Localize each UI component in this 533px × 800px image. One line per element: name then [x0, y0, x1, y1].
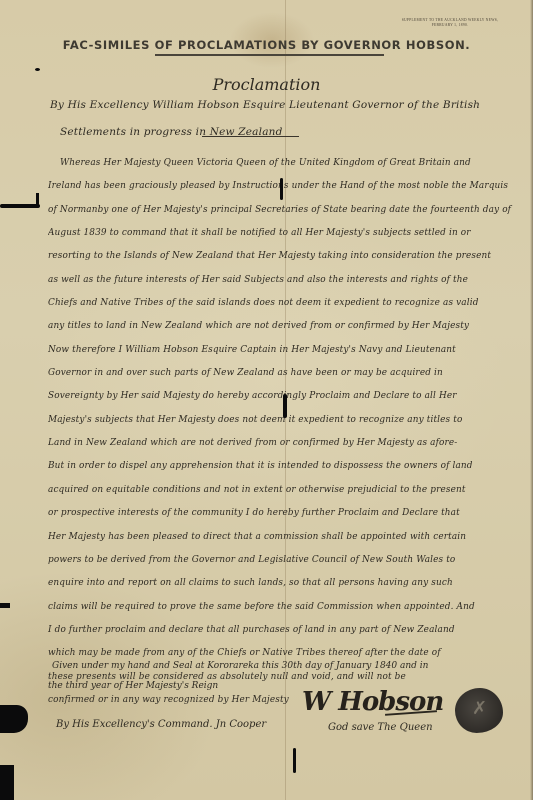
paper-tear-left-3	[0, 705, 28, 733]
body-line: Whereas Her Majesty Queen Victoria Queen…	[48, 152, 513, 175]
given-under-hand-line: Given under my hand and Seal at Kororare…	[52, 661, 428, 671]
body-line: powers to be derived from the Governor a…	[48, 549, 513, 572]
paper-tear-bottom-center	[293, 748, 296, 773]
supplement-note: Supplement to the Auckland Weekly News, …	[380, 18, 520, 28]
intro-line-1: By His Excellency William Hobson Esquire…	[50, 92, 500, 119]
command-line: By His Excellency's Command. Jn Cooper	[56, 719, 266, 730]
seal-mark: ✗	[472, 698, 487, 719]
reign-year-line: the third year of Her Majesty's Reign	[48, 681, 218, 691]
ink-spot	[35, 68, 40, 71]
intro-underline	[202, 136, 299, 137]
body-line: August 1839 to command that it shall be …	[48, 222, 513, 245]
body-line: But in order to dispel any apprehension …	[48, 455, 513, 478]
paper-tear-left-1	[0, 204, 40, 208]
paper-tear-center-1	[280, 178, 283, 200]
body-line: I do further proclaim and declare that a…	[48, 619, 513, 642]
body-line: Governor in and over such parts of New Z…	[48, 362, 513, 385]
body-line: Land in New Zealand which are not derive…	[48, 432, 513, 455]
proclamation-body: Whereas Her Majesty Queen Victoria Queen…	[48, 152, 513, 712]
body-line: Her Majesty has been pleased to direct t…	[48, 526, 513, 549]
paper-tear-left-2	[0, 603, 10, 608]
body-line: of Normanby one of Her Majesty's princip…	[48, 199, 513, 222]
body-line: any titles to land in New Zealand which …	[48, 315, 513, 338]
intro-line-2: Settlements in progress in New Zealand	[60, 119, 500, 146]
body-line: as well as the future interests of Her s…	[48, 269, 513, 292]
supplement-note-line-2: February 1, 1890.	[380, 23, 520, 28]
paper-tear-left-1b	[36, 193, 39, 207]
body-line: Now therefore I William Hobson Esquire C…	[48, 339, 513, 362]
wax-seal-icon: ✗	[455, 688, 503, 733]
body-line: Sovereignty by Her said Majesty do hereb…	[48, 385, 513, 408]
body-line: acquired on equitable conditions and not…	[48, 479, 513, 502]
proclamation-intro: By His Excellency William Hobson Esquire…	[50, 92, 500, 146]
main-heading: FAC-SIMILES OF PROCLAMATIONS BY GOVERNOR…	[0, 38, 533, 52]
paper-tear-left-4	[0, 765, 14, 800]
body-line: resorting to the Islands of New Zealand …	[48, 245, 513, 268]
god-save-the-queen: God save The Queen	[328, 722, 433, 733]
body-line: Chiefs and Native Tribes of the said isl…	[48, 292, 513, 315]
body-line: claims will be required to prove the sam…	[48, 596, 513, 619]
body-line: enquire into and report on all claims to…	[48, 572, 513, 595]
body-line: Majesty's subjects that Her Majesty does…	[48, 409, 513, 432]
paper-tear-center-2	[283, 394, 287, 418]
body-line: or prospective interests of the communit…	[48, 502, 513, 525]
heading-underline	[155, 54, 384, 56]
body-line: confirmed or in any way recognized by He…	[48, 689, 513, 712]
